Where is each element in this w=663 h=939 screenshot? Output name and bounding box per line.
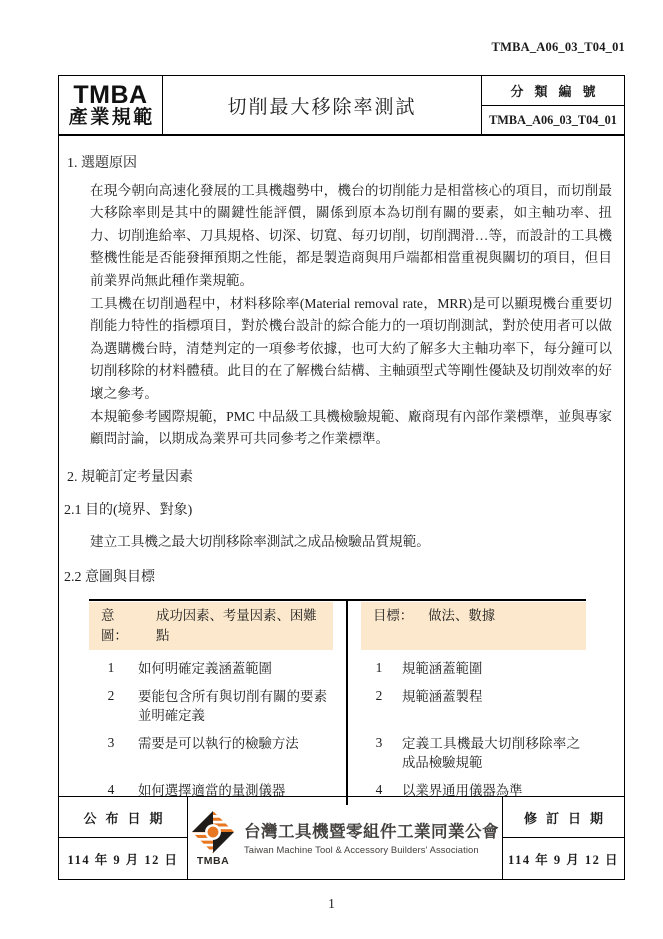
section-2-2-heading: 2.2 意圖與目標: [64, 566, 604, 586]
goal-header-label: 目標：: [373, 606, 413, 646]
association-name-zh: 台灣工具機暨零組件工業同業公會: [244, 822, 499, 842]
table-header-row: 意圖： 成功因素、考量因素、困難點 目標： 做法、數據: [89, 602, 586, 650]
tmba-logo: TMBA: [191, 810, 235, 867]
intent-header-desc: 成功因素、考量因素、困難點: [156, 606, 329, 646]
document-page: TMBA_A06_03_T04_01 TMBA 產業規範 切削最大移除率測試 分…: [0, 0, 663, 939]
main-content-box: 1. 選題原因 在現今朝向高速化發展的工具機趨勢中，機台的切削能力是相當核心的項…: [58, 134, 625, 797]
association-block: TMBA 台灣工具機暨零組件工業同業公會 Taiwan Machine Tool…: [188, 797, 502, 879]
tmba-diamond-icon: [191, 810, 235, 856]
goal-row-number: 3: [361, 734, 397, 772]
footer-table: 公布日期 114 年 9 月 12 日: [58, 796, 625, 880]
section-1-body: 在現今朝向高速化發展的工具機趨勢中，機台的切削能力是相當核心的項目，而切削最大移…: [90, 180, 612, 451]
section-2-heading: 2. 規範訂定考量因素: [67, 466, 604, 486]
intent-row-text: 需要是可以執行的檢驗方法: [133, 734, 333, 772]
goal-row-text: 規範涵蓋製程: [397, 687, 586, 725]
table-row: 2 要能包含所有與切削有關的要素並明確定義 2 規範涵蓋製程: [89, 687, 586, 725]
table-row: 1 如何明確定義涵蓋範圍 1 規範涵蓋範圍: [89, 659, 586, 678]
intent-header-cell: 意圖： 成功因素、考量因素、困難點: [89, 602, 333, 650]
goal-row-number: 1: [361, 659, 397, 678]
goal-header-cell: 目標： 做法、數據: [361, 602, 586, 650]
publish-date-value: 114 年 9 月 12 日: [59, 838, 187, 879]
section-1-paragraph-2: 工具機在切削過程中，材料移除率(Material removal rate，MR…: [90, 293, 612, 405]
classification-code: TMBA_A06_03_T04_01: [482, 106, 624, 135]
goal-row-number: 2: [361, 687, 397, 725]
intent-goal-table: 意圖： 成功因素、考量因素、困難點 目標： 做法、數據 1 如何明確定義涵蓋範圍…: [89, 599, 586, 805]
section-1-paragraph-3: 本規範參考國際規範，PMC 中品級工具機檢驗規範、廠商現有內部作業標準，並與專家…: [90, 406, 612, 451]
document-title: 切削最大移除率測試: [163, 76, 481, 135]
section-2-1-paragraph: 建立工具機之最大切削移除率測試之成品檢驗品質規範。: [90, 531, 612, 553]
intent-row-number: 3: [89, 734, 133, 772]
doc-code-top: TMBA_A06_03_T04_01: [492, 40, 625, 55]
goal-header-desc: 做法、數據: [428, 606, 495, 646]
revise-date-block: 修訂日期 114 年 9 月 12 日: [502, 797, 624, 879]
revise-date-label: 修訂日期: [503, 797, 624, 838]
header-org-short: TMBA: [73, 83, 147, 107]
header-org-logo-block: TMBA 產業規範: [59, 76, 163, 135]
association-names: 台灣工具機暨零組件工業同業公會 Taiwan Machine Tool & Ac…: [244, 822, 499, 855]
table-column-divider: [346, 601, 348, 805]
intent-row-number: 2: [89, 687, 133, 725]
header-org-type: 產業規範: [69, 107, 155, 129]
goal-row-text: 規範涵蓋範圍: [397, 659, 586, 678]
classification-block: 分類編號 TMBA_A06_03_T04_01: [481, 76, 624, 135]
goal-row-text: 定義工具機最大切削移除率之成品檢驗規範: [397, 734, 586, 772]
page-number: 1: [0, 896, 663, 912]
tmba-logo-word: TMBA: [197, 855, 229, 867]
publish-date-block: 公布日期 114 年 9 月 12 日: [59, 797, 188, 879]
publish-date-label: 公布日期: [59, 797, 187, 838]
section-1-paragraph-1: 在現今朝向高速化發展的工具機趨勢中，機台的切削能力是相當核心的項目，而切削最大移…: [90, 180, 612, 292]
intent-header-label: 意圖：: [101, 606, 141, 646]
section-2-1-heading: 2.1 目的(境界、對象): [64, 499, 604, 519]
header-table: TMBA 產業規範 切削最大移除率測試 分類編號 TMBA_A06_03_T04…: [58, 75, 625, 136]
table-row: 3 需要是可以執行的檢驗方法 3 定義工具機最大切削移除率之成品檢驗規範: [89, 734, 586, 772]
intent-row-text: 要能包含所有與切削有關的要素並明確定義: [133, 687, 333, 725]
association-name-en: Taiwan Machine Tool & Accessory Builders…: [244, 844, 499, 855]
classification-label: 分類編號: [482, 76, 624, 106]
section-1-heading: 1. 選題原因: [67, 152, 604, 172]
revise-date-value: 114 年 9 月 12 日: [503, 838, 624, 879]
intent-row-number: 1: [89, 659, 133, 678]
intent-row-text: 如何明確定義涵蓋範圍: [133, 659, 333, 678]
